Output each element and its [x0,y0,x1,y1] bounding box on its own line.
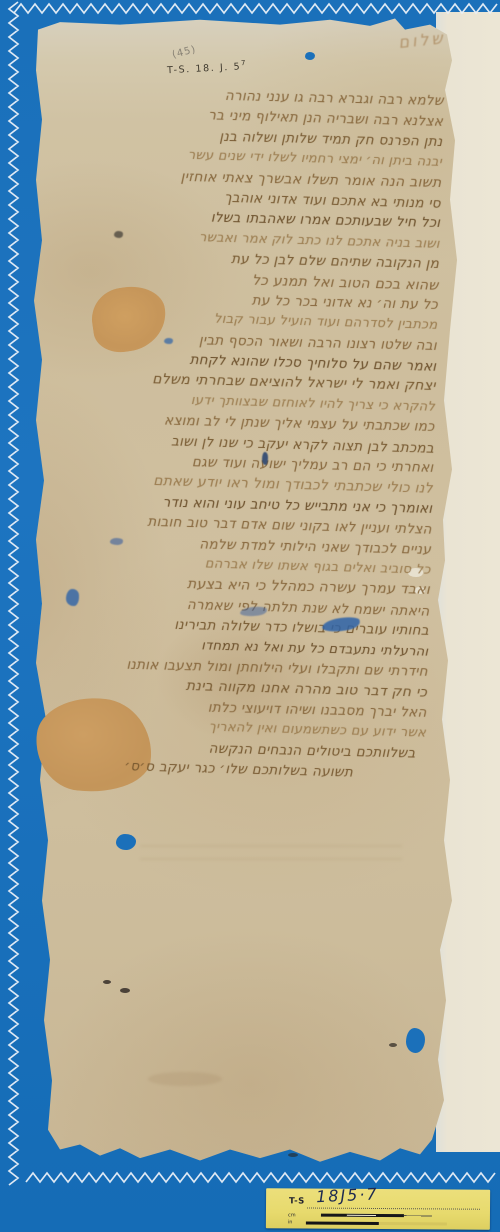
zigzag-stitch-bottom [26,1171,500,1187]
scale-segment [321,1214,347,1217]
in-scale-bar [306,1221,447,1225]
genizah-photo: (45) T-S. 18. J. 57 שלום שלמא רבה וגברא … [0,0,500,1232]
in-label: in [288,1219,293,1225]
ink-speck [120,988,130,993]
scale-segment [379,1222,447,1226]
faint-smudge [148,1072,222,1086]
scale-segment [347,1214,376,1217]
dark-ink-mark [114,231,123,238]
blue-ink-smear [66,589,79,606]
scale-segment [376,1214,404,1217]
zigzag-stitch-left [7,2,23,1188]
manuscript-text-block: שלמא רבה וגברא רבה גו ענני נהורהאצלנא רב… [33,81,448,785]
blue-ink-mark [110,538,123,545]
zigzag-stitch-top [14,2,500,18]
label-prefix: T-S [289,1196,305,1206]
blue-ink-mark [164,338,173,344]
blue-ink-mark [262,452,268,465]
cm-scale-bar [321,1214,432,1218]
cm-label: cm [288,1212,296,1218]
ghost-text-offset [140,845,402,871]
ink-speck [103,980,111,984]
ink-speck [389,1043,397,1047]
handwritten-classmark: 18J5·7 [316,1184,379,1206]
ink-speck [288,1153,298,1157]
scale-segment [306,1221,379,1225]
scale-segment [404,1214,432,1217]
classmark-ruler-label: T-S 18J5·7 cm in [266,1188,490,1230]
